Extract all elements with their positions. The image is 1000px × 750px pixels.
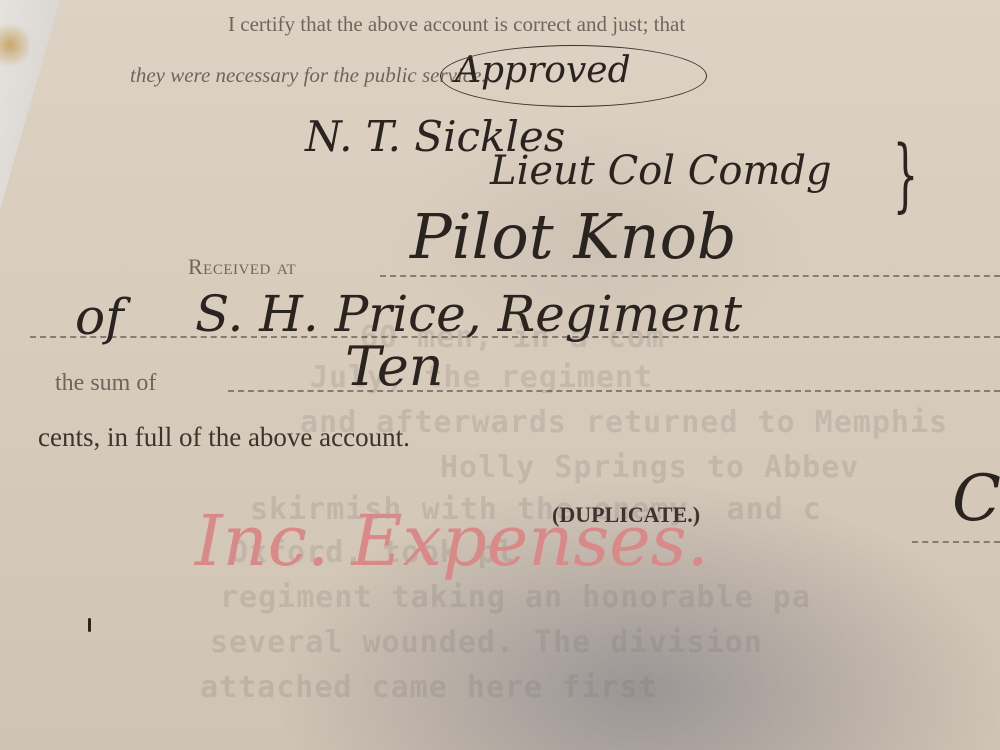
sum-line bbox=[228, 390, 1000, 392]
sum-label: the sum of bbox=[55, 370, 156, 397]
bleed-through-line: attached came here first bbox=[200, 670, 657, 705]
payer-handwriting: S. H. Price, Regiment bbox=[195, 285, 742, 343]
received-at-line bbox=[380, 275, 1000, 277]
amount-handwriting: Ten bbox=[345, 335, 444, 398]
document-paper: 60 men, in a com July, the regiment and … bbox=[0, 0, 1000, 750]
of-handwriting: of bbox=[75, 288, 124, 346]
cents-line: cents, in full of the above account. bbox=[38, 422, 410, 453]
bleed-through-line: Holly Springs to Abbev bbox=[440, 450, 859, 485]
certify-line-1: I certify that the above account is corr… bbox=[228, 12, 685, 37]
ink-speck bbox=[88, 618, 91, 632]
signature-brace: } bbox=[893, 128, 918, 221]
place-handwriting: Pilot Knob bbox=[410, 200, 737, 273]
bleed-through-line: several wounded. The division bbox=[210, 625, 763, 660]
signature-title: Lieut Col Comdg bbox=[490, 148, 832, 194]
bleed-through-line: regiment taking an honorable pa bbox=[220, 580, 811, 615]
certify-line-2: they were necessary for the public servi… bbox=[130, 63, 487, 88]
received-at-label: Received at bbox=[188, 254, 296, 280]
margin-mark: C bbox=[952, 462, 1000, 536]
red-annotation: Inc. Expenses. bbox=[195, 500, 709, 582]
approved-circle bbox=[440, 45, 707, 107]
margin-line bbox=[912, 541, 1000, 543]
